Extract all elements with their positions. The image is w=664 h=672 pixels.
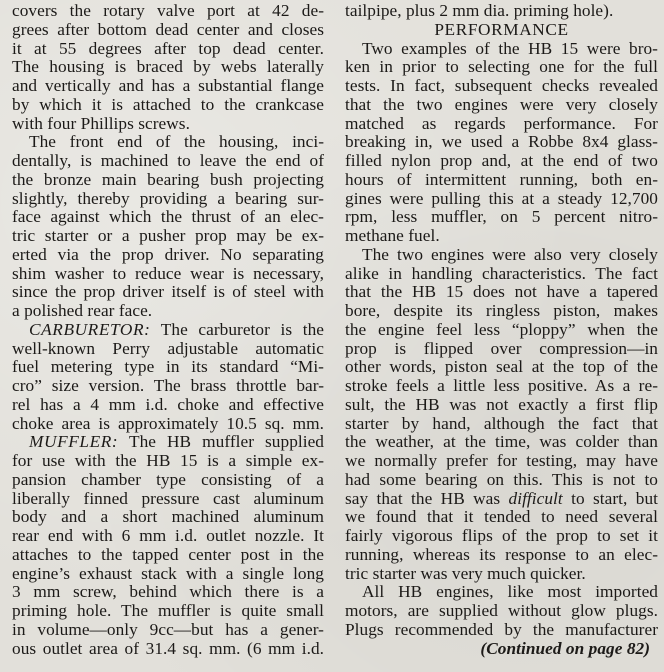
text-line: slightly, thereby providing a bearing su…	[12, 190, 324, 209]
text-line: the weather, at the time, was colder tha…	[345, 433, 658, 452]
text-line: pansion chamber type consisting of a	[12, 471, 324, 490]
text-line: fuel metering type in its standard “Mi-	[12, 358, 324, 377]
text-line: motors, are supplied without glow plugs.	[345, 602, 658, 621]
emphasis-difficult: difficult	[509, 489, 563, 508]
text-line-with-emphasis: say that the HB was difficult to start, …	[345, 490, 658, 509]
text-line: the bronze main bearing bush projecting	[12, 171, 324, 190]
text-line: The housing is braced by webs laterally	[12, 58, 324, 77]
text-line: choke area is approximately 10.5 sq. mm.	[12, 415, 324, 434]
text-run: The HB muffler supplied	[129, 432, 324, 451]
text-line: breaking in, we used a Robbe 8x4 glass-	[345, 133, 658, 152]
text-line: by which it is attached to the crankcase	[12, 96, 324, 115]
text-line: we normally prefer for testing, may have	[345, 452, 658, 471]
text-line: methane fuel.	[345, 227, 658, 246]
text-line: filled nylon prop and, at the end of two	[345, 152, 658, 171]
left-text-column: covers the rotary valve port at 42 de- g…	[12, 2, 324, 672]
text-line: other words, piston seal at the top of t…	[345, 358, 658, 377]
text-line: grees after bottom dead center and close…	[12, 21, 324, 40]
text-line: alike in handling characteristics. The f…	[345, 265, 658, 284]
text-line: with four Phillips screws.	[12, 115, 324, 134]
paragraph-start-line: The front end of the housing, inci-	[12, 133, 324, 152]
text-line: in volume—only 9cc—but has a gener-	[12, 621, 324, 640]
paragraph-start-line: Two examples of the HB 15 were bro-	[345, 40, 658, 59]
magazine-page: covers the rotary valve port at 42 de- g…	[0, 0, 664, 672]
text-line: rel has a 4 mm i.d. choke and effective	[12, 396, 324, 415]
muffler-paragraph-start: MUFFLER: The HB muffler supplied	[12, 433, 324, 452]
text-line: and vertically and has a substantial fla…	[12, 77, 324, 96]
text-run: to start, but	[571, 489, 658, 508]
carburetor-paragraph-start: CARBURETOR: The carburetor is the	[12, 321, 324, 340]
text-line: had some bearing on this. This is not to	[345, 471, 658, 490]
text-line: a polished rear face.	[12, 302, 324, 321]
text-line: shim washer to reduce wear is necessary,	[12, 265, 324, 284]
text-line: for use with the HB 15 is a simple ex-	[12, 452, 324, 471]
text-line: tric starter was very much quicker.	[345, 565, 658, 584]
text-line: bore, despite its ringless piston, makes	[345, 302, 658, 321]
carburetor-subhead: CARBURETOR:	[29, 320, 150, 339]
text-line: the engine feel less “ploppy” when the	[345, 321, 658, 340]
paragraph-start-line: The two engines were also very closely	[345, 246, 658, 265]
text-line: liberally finned pressure cast aluminum	[12, 490, 324, 509]
muffler-subhead: MUFFLER:	[29, 432, 118, 451]
text-line: running, whereas its response to an elec…	[345, 546, 658, 565]
text-line: erted via the prop driver. No separating	[12, 246, 324, 265]
text-line: 3 mm screw, behind which there is a	[12, 583, 324, 602]
text-line: we found that it tended to need several	[345, 508, 658, 527]
text-line: starter by hand, although the fact that	[345, 415, 658, 434]
text-line: tests. In fact, subsequent checks reveal…	[345, 77, 658, 96]
text-line: attaches to the tapped center post in th…	[12, 546, 324, 565]
text-line: hours of intermittent running, both en-	[345, 171, 658, 190]
text-line: prop is flipped over compression—in	[345, 340, 658, 359]
text-line: covers the rotary valve port at 42 de-	[12, 2, 324, 21]
text-line: ken in prior to selecting one for the fu…	[345, 58, 658, 77]
continued-on-page-link[interactable]: (Continued on page 82)	[345, 640, 658, 659]
text-line: body and a short machined aluminum	[12, 508, 324, 527]
text-line: that the HB 15 does not have a tapered	[345, 283, 658, 302]
text-line: face against which the thrust of an elec…	[12, 208, 324, 227]
text-line: engine’s exhaust stack with a single lon…	[12, 565, 324, 584]
text-line: tric starter or a pusher prop may be ex-	[12, 227, 324, 246]
paragraph-start-line: All HB engines, like most imported	[345, 583, 658, 602]
text-line: gines were pulling this at a steady 12,7…	[345, 190, 658, 209]
text-line: priming hole. The muffler is quite small	[12, 602, 324, 621]
text-line: ous outlet area of 31.4 sq. mm. (6 mm i.…	[12, 640, 324, 659]
text-line: tailpipe, plus 2 mm dia. priming hole).	[345, 2, 658, 21]
text-line: sult, the HB was not exactly a first fli…	[345, 396, 658, 415]
text-line: rear end with 6 mm i.d. outlet nozzle. I…	[12, 527, 324, 546]
text-line: it at 55 degrees after top dead center.	[12, 40, 324, 59]
text-run: say that the HB was	[345, 489, 509, 508]
text-line: Plugs recommended by the manufacturer	[345, 621, 658, 640]
section-heading-performance: PERFORMANCE	[345, 21, 658, 40]
text-line: fairly vigorous flips of the prop to set…	[345, 527, 658, 546]
text-line: rpm, less muffler, on 5 percent nitro-	[345, 208, 658, 227]
text-line: well-known Perry adjustable automatic	[12, 340, 324, 359]
text-run: The carburetor is the	[161, 320, 324, 339]
text-line: that the two engines were very closely	[345, 96, 658, 115]
right-text-column: tailpipe, plus 2 mm dia. priming hole). …	[345, 2, 658, 672]
text-line: dentally, is machined to leave the end o…	[12, 152, 324, 171]
text-line: since the prop driver itself is of steel…	[12, 283, 324, 302]
text-line: stroke feels a little less positive. As …	[345, 377, 658, 396]
text-line: matched as regards performance. For	[345, 115, 658, 134]
text-line: cro” size version. The brass throttle ba…	[12, 377, 324, 396]
